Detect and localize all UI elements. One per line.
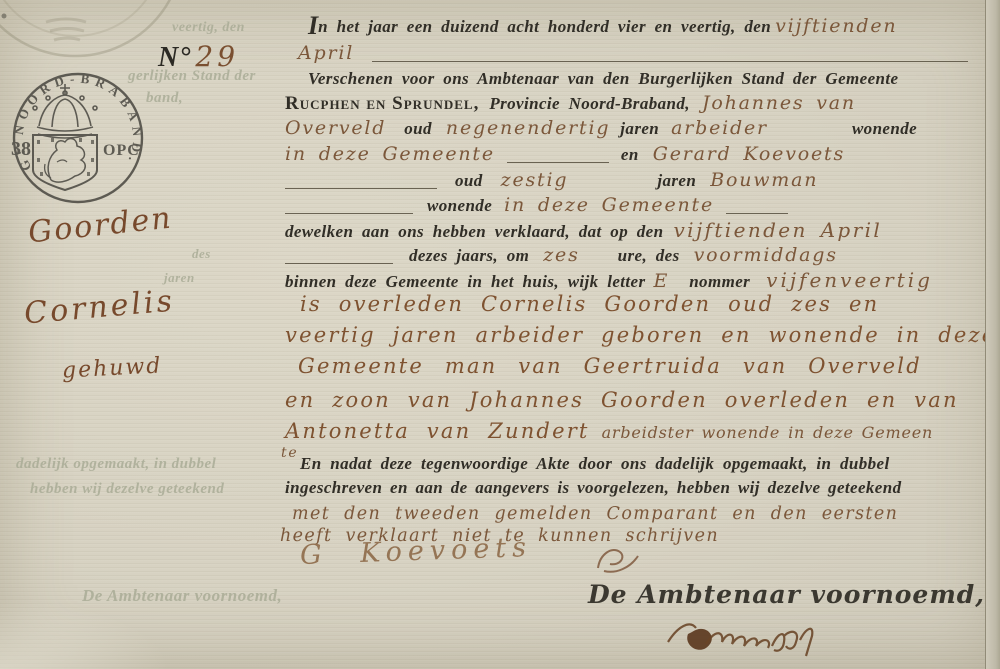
stamp-right-value: OPC (103, 142, 140, 159)
printed-text: En nadat deze tegenwoordige Akte door on… (300, 454, 890, 473)
handwritten-residence2: in deze Gemeente (504, 194, 714, 216)
act-number-value: 29 (195, 40, 239, 73)
body-line-14: Gemeente man van Geertruida van Overveld (298, 355, 922, 380)
body-line-13: veertig jaren arbeider geboren en wonend… (285, 324, 996, 349)
printed-text: Provincie Noord-Braband, (489, 94, 690, 113)
page-corner-shading (0, 599, 170, 669)
handwritten-occupation2: Bouwman (710, 169, 818, 191)
body-line-7: oud zestig jaren Bouwman (285, 169, 818, 193)
municipality-name: Rucphen en Sprundel, (285, 93, 479, 114)
margin-marital-status: gehuwd (61, 353, 163, 383)
handwritten-hour: zes (543, 244, 579, 266)
printed-text: ure, des (618, 246, 680, 265)
handwritten-day: vijftienden (775, 15, 897, 37)
handwritten-mother-name: Antonetta van Zundert (285, 419, 590, 443)
printed-text: dewelken aan ons hebben verklaard, dat o… (285, 222, 663, 241)
printed-text: ingeschreven en aan de aangevers is voor… (285, 478, 902, 497)
body-line-4: Rucphen en Sprundel, Provincie Noord-Bra… (285, 92, 856, 116)
body-line-18: ingeschreven en aan de aangevers is voor… (285, 477, 902, 500)
handwritten-deceased-entry: is overleden Cornelis Goorden oud zes en (300, 292, 879, 316)
bleedthrough-text: dadelijk opgemaakt, in dubbel (16, 456, 216, 473)
blank-rule (285, 249, 393, 264)
bleedthrough-text: veertig, den (172, 20, 245, 36)
act-number: N°29 (158, 40, 239, 74)
body-line-8: wonende in deze Gemeente (285, 194, 788, 218)
handwritten-death-date: vijftienden April (673, 218, 882, 242)
printed-text: wonende (852, 119, 917, 138)
body-line-10: dezes jaars, om zes ure, des voormiddags (285, 244, 838, 268)
handwritten-declarant2: Gerard Koevoets (653, 143, 845, 165)
blank-rule (507, 148, 609, 163)
printed-text: Verschenen voor ons Ambtenaar van den Bu… (308, 69, 898, 88)
closing-formula: De Ambtenaar voornoemd, (588, 580, 985, 609)
printed-text: n het jaar een duizend acht honderd vier… (318, 17, 771, 36)
official-signature-icon (660, 606, 845, 658)
printed-text: en (621, 145, 639, 164)
bleedthrough-text: hebben wij dezelve geteekend (30, 481, 224, 498)
blank-rule (372, 47, 968, 62)
body-line-11: binnen deze Gemeente in het huis, wijk l… (285, 269, 933, 294)
handwritten-word-break: te (281, 445, 299, 461)
printed-text: jaren (620, 119, 659, 138)
handwritten-residence: in deze Gemeente (285, 143, 495, 165)
body-line-3: Verschenen voor ons Ambtenaar van den Bu… (308, 68, 898, 91)
paraph-mark-icon (594, 544, 642, 576)
body-line-17: En nadat deze tegenwoordige Akte door on… (300, 453, 890, 476)
body-line-2: April (298, 42, 968, 66)
printed-text: jaren (657, 171, 696, 190)
stamp-left-value: 38 (11, 138, 31, 160)
margin-deceased-firstname: Cornelis (23, 283, 177, 331)
handwritten-ward-letter: E (654, 270, 670, 292)
handwritten-parents-entry: en zoon van Johannes Goorden overleden e… (285, 388, 959, 412)
noord-braband-tax-stamp: G: NOORD-BRABAND. 38 OPC (7, 66, 152, 211)
body-line-1: In het jaar een duizend acht honderd vie… (308, 15, 897, 39)
printed-text: oud (455, 171, 483, 190)
printed-text: binnen deze Gemeente in het huis, wijk l… (285, 272, 646, 291)
handwritten-house-number: vijfenveertig (766, 268, 933, 292)
body-line-9: dewelken aan ons hebben verklaard, dat o… (285, 219, 882, 244)
lion-shield-icon (33, 135, 97, 190)
handwritten-month: April (298, 42, 354, 64)
handwritten-age2: zestig (501, 169, 569, 191)
handwritten-closing-note: met den tweeden gemelden Comparant en de… (292, 504, 898, 524)
printed-text: dezes jaars, om (409, 246, 529, 265)
declarant-signature: G Koevoets (300, 541, 532, 567)
declarant-signature-text: G Koevoets (300, 537, 533, 567)
handwritten-daypart: voormiddags (694, 244, 838, 266)
body-line-5: Overveld oud negenendertig jaren arbeide… (285, 117, 917, 141)
blank-rule (726, 199, 788, 214)
handwritten-declarant1: Johannes van (702, 92, 856, 114)
printed-text: wonende (427, 196, 492, 215)
printed-initial: I (308, 11, 318, 40)
printed-text: nommer (689, 272, 750, 291)
handwritten-declarant1-surname: Overveld (285, 117, 386, 139)
body-line-16: Antonetta van Zundert arbeidster wonende… (285, 420, 933, 445)
body-line-19: met den tweeden gemelden Comparant en de… (292, 503, 898, 526)
handwritten-age: negenendertig (446, 117, 610, 139)
death-certificate-scan: veertig, den gerlijken Stand der band, d… (0, 0, 1000, 669)
blank-rule (285, 199, 413, 214)
act-number-label: N° (158, 42, 191, 73)
body-line-16b: te (281, 442, 299, 464)
handwritten-mother-details: arbeidster wonende in deze Gemeen (602, 423, 934, 442)
shield-billets (37, 138, 94, 176)
body-line-12: is overleden Cornelis Goorden oud zes en (300, 293, 879, 318)
handwritten-deceased-entry: veertig jaren arbeider geboren en wonend… (285, 323, 996, 347)
body-line-6: in deze Gemeente en Gerard Koevoets (285, 143, 845, 167)
printed-text: oud (404, 119, 432, 138)
bleedthrough-text: des (192, 246, 211, 262)
body-line-15: en zoon van Johannes Goorden overleden e… (285, 389, 959, 414)
handwritten-spouse-entry: Gemeente man van Geertruida van Overveld (298, 354, 922, 378)
handwritten-occupation: arbeider (671, 117, 768, 139)
page-right-edge (985, 0, 1000, 669)
blank-rule (285, 174, 437, 189)
